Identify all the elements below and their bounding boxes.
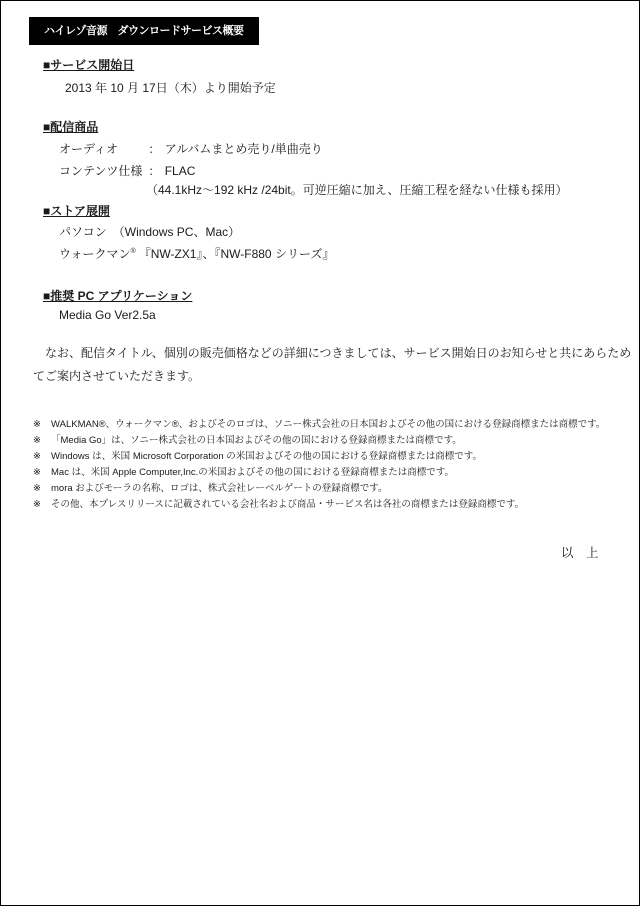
footnote-marker: ※ xyxy=(33,497,51,513)
product-row-audio: オーディオ ： アルバムまとめ売り/単曲売り xyxy=(59,140,323,157)
notice-paragraph: なお、配信タイトル、個別の販売価格などの詳細につきましては、サービス開始日のお知… xyxy=(33,342,639,388)
section-heading-products: ■配信商品 xyxy=(43,118,98,135)
registered-trademark-mark: ® xyxy=(131,248,136,255)
closing-mark: 以 上 xyxy=(561,543,599,561)
footnote-mac: ※ Mac は、米国 Apple Computer,Inc.の米国およびその他の… xyxy=(33,465,618,481)
product-row-content-spec-label: コンテンツ仕様 xyxy=(59,162,145,179)
footnote-walkman: ※ WALKMAN®、ウォークマン®、およびそのロゴは、ソニー株式会社の日本国お… xyxy=(33,417,618,433)
walkman-models: 『NW-ZX1』、『NW-F880 シリーズ』 xyxy=(139,247,335,261)
product-row-audio-value: アルバムまとめ売り/単曲売り xyxy=(165,142,323,156)
footnote-marker: ※ xyxy=(33,481,51,497)
footnote-windows: ※ Windows は、米国 Microsoft Corporation の米国… xyxy=(33,449,618,465)
footnote-marker: ※ xyxy=(33,465,51,481)
footnote-mora: ※ mora およびモーラの名称、ロゴは、株式会社レーベルゲートの登録商標です。 xyxy=(33,481,618,497)
store-pc-line: パソコン （Windows PC、Mac） xyxy=(59,223,240,240)
document-page: ハイレゾ音源 ダウンロードサービス概要 ■サービス開始日 2013 年 10 月… xyxy=(0,0,640,906)
footnote-text: Windows は、米国 Microsoft Corporation の米国およ… xyxy=(51,449,482,465)
section-heading-recommended-app: ■推奨 PC アプリケーション xyxy=(43,287,192,304)
product-row-content-spec-value: FLAC xyxy=(165,164,196,178)
service-start-date-line: 2013 年 10 月 17日（木）より開始予定 xyxy=(65,79,276,96)
footnote-marker: ※ xyxy=(33,449,51,465)
footnote-text: Mac は、米国 Apple Computer,Inc.の米国およびその他の国に… xyxy=(51,465,454,481)
footnote-text: その他、本プレスリリースに記載されている会社名および商品・サービス名は各社の商標… xyxy=(51,497,524,513)
store-walkman-line: ウォークマン®『NW-ZX1』、『NW-F880 シリーズ』 xyxy=(59,245,334,262)
footnote-media-go: ※ 「Media Go」は、ソニー株式会社の日本国およびその他の国における登録商… xyxy=(33,433,618,449)
recommended-app-line: Media Go Ver2.5a xyxy=(59,308,156,322)
footnote-text: WALKMAN®、ウォークマン®、およびそのロゴは、ソニー株式会社の日本国および… xyxy=(51,417,605,433)
product-row-audio-label: オーディオ xyxy=(59,140,145,157)
footnote-text: mora およびモーラの名称、ロゴは、株式会社レーベルゲートの登録商標です。 xyxy=(51,481,387,497)
footnote-marker: ※ xyxy=(33,433,51,449)
footnotes-block: ※ WALKMAN®、ウォークマン®、およびそのロゴは、ソニー株式会社の日本国お… xyxy=(33,417,618,513)
walkman-name: ウォークマン xyxy=(59,247,131,261)
footnote-text: 「Media Go」は、ソニー株式会社の日本国およびその他の国における登録商標ま… xyxy=(51,433,462,449)
section-heading-service-start: ■サービス開始日 xyxy=(43,56,134,73)
product-row-content-spec: コンテンツ仕様 ： FLAC xyxy=(59,162,195,179)
footnote-marker: ※ xyxy=(33,417,51,433)
product-row-audio-separator: ： xyxy=(148,140,161,157)
product-row-content-spec-separator: ： xyxy=(148,162,161,179)
footnote-others: ※ その他、本プレスリリースに記載されている会社名および商品・サービス名は各社の… xyxy=(33,497,618,513)
flac-spec-note: （44.1kHz～192 kHz /24bit。可逆圧縮に加え、圧縮工程を経ない… xyxy=(146,181,567,198)
section-heading-store: ■ストア展開 xyxy=(43,202,110,219)
document-title-banner: ハイレゾ音源 ダウンロードサービス概要 xyxy=(29,17,259,45)
